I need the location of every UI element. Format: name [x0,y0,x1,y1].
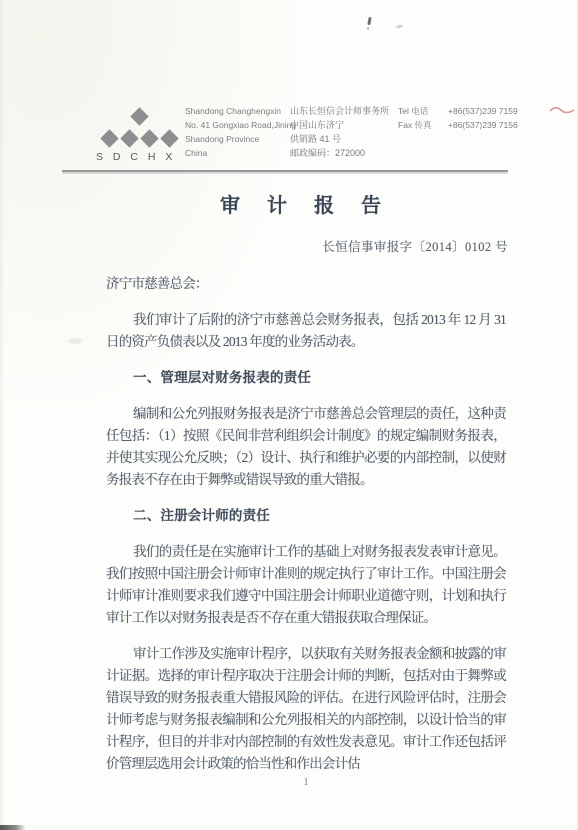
report-title: 审 计 报 告 [106,189,506,218]
letterhead-chinese-column: 山东长恒信会计师事务所 中国山东济宁 供销路 41 号 邮政编码：272000 [290,104,389,160]
letterhead-english-line: Shandong Province [185,132,296,146]
red-pen-mark [548,104,576,118]
logo-diamond-icon [160,129,178,147]
telephone-row: Tel 电话 +86(537)239 7159 [398,104,518,118]
telephone-number: +86(537)239 7159 [448,104,518,118]
logo-diamond-icon [130,107,148,125]
section2-paragraph-2: 审计工作涉及实施审计程序，以获取有关财务报表金额和披露的审计证据。选择的审计程序… [106,643,506,775]
logo-diamond-icon [140,129,158,147]
addressee-line: 济宁市慈善总会： [106,273,506,295]
logo-letters: S D C H X [96,151,188,163]
letterhead-chinese-line: 中国山东济宁 [290,118,389,132]
letterhead-english-line: Shandong Changhengxin [185,104,296,118]
page-number: 1 [106,776,506,788]
letterhead-chinese-line: 供销路 41 号 [290,132,389,146]
letterhead-english-column: Shandong Changhengxin No. 41 Gongxiao Ro… [185,104,296,160]
section2-heading: 二、注册会计师的责任 [106,505,506,527]
letterhead-chinese-line: 邮政编码：272000 [290,146,389,160]
letterhead-chinese-line: 山东长恒信会计师事务所 [290,104,389,118]
logo-diamond-icon [120,129,138,147]
scan-speck [396,24,404,29]
scan-speck [367,17,371,25]
letterhead-contact-column: Tel 电话 +86(537)239 7159 Fax 传真 +86(537)2… [398,104,518,132]
reference-number: 长恒信事审报字〔2014〕0102 号 [106,237,508,255]
telephone-label: Tel 电话 [398,104,444,118]
scan-smudge [68,338,82,344]
letterhead-english-line: China [185,146,296,160]
section1-heading: 一、管理层对财务报表的责任 [106,367,506,389]
scan-speck [367,27,369,30]
fax-row: Fax 传真 +86(537)239 7156 [398,118,518,132]
firm-logo: S D C H X [96,106,188,168]
scan-smudge [0,825,26,830]
scanned-audit-report-page: S D C H X Shandong Changhengxin No. 41 G… [0,0,578,830]
letterhead-divider-rule [62,170,508,172]
report-body: 济宁市慈善总会： 我们审计了后附的济宁市慈善总会财务报表，包括 2013 年 1… [106,273,506,789]
fax-label: Fax 传真 [398,118,444,132]
fax-number: +86(537)239 7156 [448,118,518,132]
logo-diamond-icon [100,129,118,147]
intro-paragraph: 我们审计了后附的济宁市慈善总会财务报表，包括 2013 年 12 月 31 日的… [106,309,506,353]
section2-paragraph-1: 我们的责任是在实施审计工作的基础上对财务报表发表审计意见。我们按照中国注册会计师… [106,541,506,629]
letterhead-english-line: No. 41 Gongxiao Road,Jining [185,118,296,132]
section1-paragraph: 编制和公允列报财务报表是济宁市慈善总会管理层的责任，这种责任包括：（1）按照《民… [106,403,506,491]
